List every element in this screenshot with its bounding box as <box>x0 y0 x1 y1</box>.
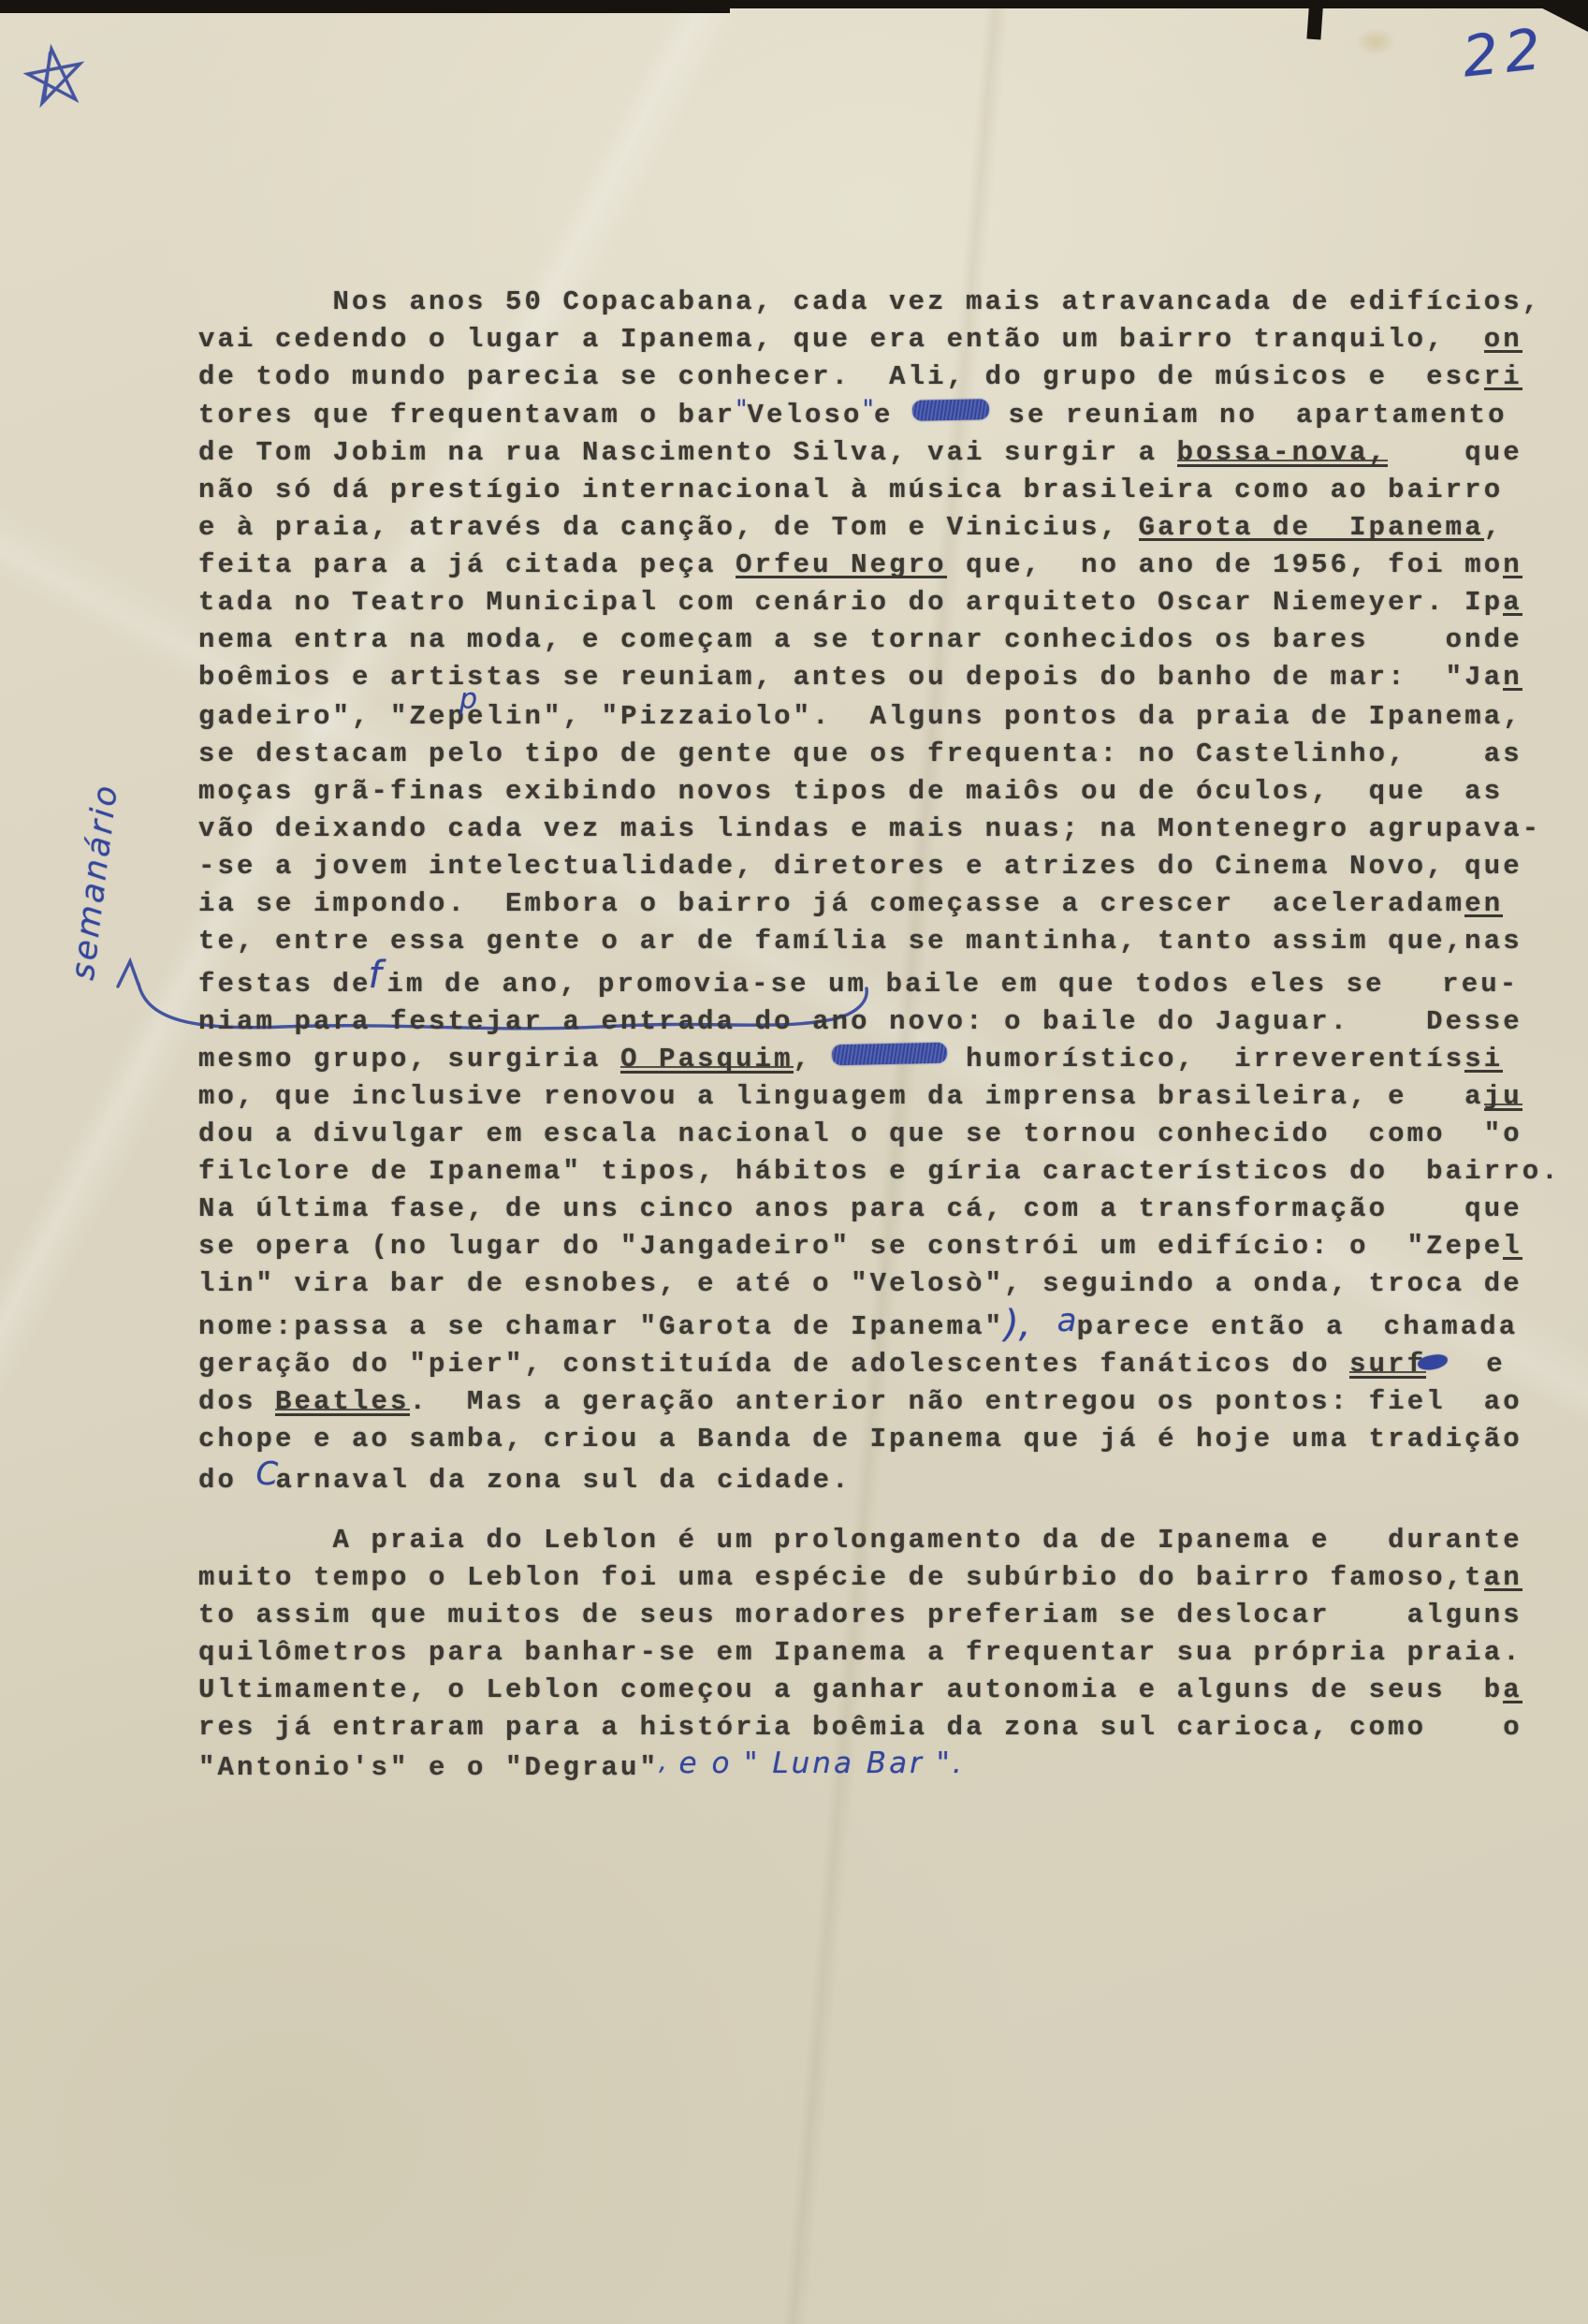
typed-text <box>1038 1311 1057 1342</box>
typed-text: parece então a chamada <box>1077 1311 1519 1342</box>
typed-line: boêmios e artistas se reuniam, antes ou … <box>198 659 1561 696</box>
typed-underlined-text: an <box>1484 1562 1522 1593</box>
typed-line: to assim que muitos de seus moradores pr… <box>198 1597 1561 1634</box>
typed-text: de Tom Jobim na rua Nascimento Silva, va… <box>198 437 1177 468</box>
typed-text: Na última fase, de uns cinco anos para c… <box>198 1193 1522 1224</box>
typed-text: tada no Teatro Municipal com cenário do … <box>198 587 1503 618</box>
typed-text: humorístico, irreverentís <box>947 1044 1465 1074</box>
typed-text: se opera (no lugar do "Jangadeiro" se co… <box>198 1231 1503 1262</box>
typed-line: festas defim de ano, promovia-se um bail… <box>198 960 1561 1003</box>
typed-line: mo, que inclusive renovou a linguagem da… <box>198 1078 1561 1116</box>
typed-text: e à praia, através da canção, de Tom e V… <box>198 512 1139 543</box>
typed-line: moças grã-finas exibindo novos tipos de … <box>198 773 1561 811</box>
typed-text: do <box>198 1465 256 1496</box>
typed-text: te, entre essa gente o ar de família se … <box>198 926 1522 957</box>
typed-text: , <box>794 1044 832 1074</box>
pen-scratch-out <box>831 1043 946 1066</box>
typed-text: gadeiro", "Zep <box>198 701 467 732</box>
typed-line: quilômetros para banhar-se em Ipanema a … <box>198 1634 1561 1672</box>
typed-line: res já entraram para a história boêmia d… <box>198 1709 1561 1747</box>
typed-underlined-text: on <box>1484 324 1522 355</box>
typed-line: gadeiro", "Zeppelin", "Pizzaiolo". Algun… <box>198 696 1561 736</box>
page-number: 22 <box>1460 16 1551 90</box>
typescript: Nos anos 50 Copacabana, cada vez mais at… <box>198 284 1561 1787</box>
typed-underlined-text: a <box>1503 587 1522 618</box>
typed-text: e <box>1448 1349 1506 1380</box>
typed-text: geração do "pier", constituída de adoles… <box>198 1349 1349 1380</box>
typed-line: lin" vira bar de esnobes, e até o "Velos… <box>198 1265 1561 1303</box>
typed-text: que <box>1388 437 1522 468</box>
typed-underlined-text: Orfeu Negro <box>736 549 947 580</box>
typed-text: dos <box>198 1386 275 1417</box>
typed-text: arnaval da zona sul da cidade. <box>276 1465 852 1496</box>
typed-text: , <box>1484 512 1504 543</box>
typed-text: filclore de Ipanema" tipos, hábitos e gí… <box>198 1156 1561 1187</box>
typed-line: de todo mundo parecia se conhecer. Ali, … <box>198 358 1561 396</box>
pen-scratch-out <box>912 399 989 421</box>
typed-text: de todo mundo parecia se conhecer. Ali, … <box>198 361 1484 392</box>
typed-line: Nos anos 50 Copacabana, cada vez mais at… <box>198 284 1561 321</box>
typed-double-underlined-text: bossa-nova, <box>1177 437 1389 468</box>
typed-text: se reuniam no apartamento <box>989 400 1508 431</box>
typed-line: do Carnaval da zona sul da cidade. <box>198 1458 1561 1499</box>
typed-text: que, no ano de 1956, foi mo <box>947 549 1504 580</box>
typed-text: e <box>874 400 912 431</box>
typed-line: -se a jovem intelectualidade, diretores … <box>198 848 1561 885</box>
typed-underlined-text: n <box>1503 662 1522 693</box>
scan-edge-mark <box>1306 0 1323 39</box>
typed-text: A praia do Leblon é um prolongamento da … <box>198 1525 1522 1556</box>
typed-line: vão deixando cada vez mais lindas e mais… <box>198 811 1561 848</box>
typed-double-underlined-text: Beatles <box>275 1386 410 1417</box>
typed-underlined-text: l <box>1503 1231 1522 1262</box>
typed-text: muito tempo o Leblon foi uma espécie de … <box>198 1562 1484 1593</box>
typed-underlined-text: a <box>1503 1674 1522 1705</box>
typed-line: não só dá prestígio internacional à músi… <box>198 472 1561 509</box>
typed-text: dou a divulgar em escala nacional o que … <box>198 1118 1522 1149</box>
typed-text: quilômetros para banhar-se em Ipanema a … <box>198 1637 1522 1668</box>
typed-text: lin" vira bar de esnobes, e até o "Velos… <box>198 1268 1522 1299</box>
typed-text: festas de <box>198 969 372 1000</box>
typed-line: dou a divulgar em escala nacional o que … <box>198 1116 1561 1153</box>
paper-stain <box>1355 28 1396 56</box>
typed-line: tada no Teatro Municipal com cenário do … <box>198 584 1561 621</box>
scanned-page: 22 semanário Nos anos 50 Copacabana, cad… <box>0 0 1588 2324</box>
typed-underlined-text: en <box>1464 888 1503 919</box>
typed-text: se destacam pelo tipo de gente que os fr… <box>198 738 1522 769</box>
pen-overwrite: a <box>1057 1302 1077 1339</box>
typed-underlined-text: n <box>1503 549 1522 580</box>
typed-line: dos Beatles. Mas a geração anterior não … <box>198 1383 1561 1421</box>
typed-underlined-text: ri <box>1484 361 1522 392</box>
typed-line: niam para festejar a entrada do ano novo… <box>198 1003 1561 1041</box>
typed-underlined-text: si <box>1464 1044 1503 1074</box>
typed-line: e à praia, através da canção, de Tom e V… <box>198 509 1561 547</box>
typed-text: mesmo grupo, surgiria <box>198 1044 620 1074</box>
typed-line: se opera (no lugar do "Jangadeiro" se co… <box>198 1228 1561 1265</box>
typed-line: de Tom Jobim na rua Nascimento Silva, va… <box>198 434 1561 472</box>
paragraph: A praia do Leblon é um prolongamento da … <box>198 1522 1561 1787</box>
typed-text: nema entra na moda, e começam a se torna… <box>198 624 1522 655</box>
typed-line: mesmo grupo, surgiria O Pasquim, humorís… <box>198 1041 1561 1078</box>
typed-line: A praia do Leblon é um prolongamento da … <box>198 1522 1561 1559</box>
typed-double-underlined-text: ju <box>1484 1081 1522 1112</box>
caret-mark <box>118 961 138 987</box>
pen-addition: e o " Luna Bar ". <box>667 1747 965 1780</box>
typed-line: tores que frequentavam o bar"Veloso"e se… <box>198 396 1561 434</box>
typed-text: vão deixando cada vez mais lindas e mais… <box>198 813 1541 844</box>
pen-mark: " <box>863 395 874 424</box>
typed-line: Na última fase, de uns cinco anos para c… <box>198 1191 1561 1228</box>
pen-paren-mark: ), <box>1004 1306 1038 1343</box>
typed-text: Nos anos 50 Copacabana, cada vez mais at… <box>198 286 1541 317</box>
typed-line: "Antonio's" e o "Degrau", e o " Luna Bar… <box>198 1747 1561 1787</box>
typed-double-underlined-text: O Pasquim <box>620 1044 794 1074</box>
pen-overwrite: C <box>256 1455 276 1493</box>
typed-line: muito tempo o Leblon foi uma espécie de … <box>198 1559 1561 1597</box>
typed-underlined-text: Garota de Ipanema <box>1139 512 1484 543</box>
typed-text: nome:passa a se chamar "Garota de Ipanem… <box>198 1311 1004 1342</box>
typed-text: Veloso <box>748 400 863 431</box>
typed-text: to assim que muitos de seus moradores pr… <box>198 1600 1522 1630</box>
typed-line: nema entra na moda, e começam a se torna… <box>198 621 1561 659</box>
typed-line: te, entre essa gente o ar de família se … <box>198 923 1561 960</box>
typed-line: filclore de Ipanema" tipos, hábitos e gí… <box>198 1153 1561 1191</box>
typed-line: se destacam pelo tipo de gente que os fr… <box>198 736 1561 773</box>
typed-text: niam para festejar a entrada do ano novo… <box>198 1006 1522 1037</box>
pen-mark: , <box>659 1747 667 1776</box>
typed-text: não só dá prestígio internacional à músi… <box>198 475 1503 505</box>
typed-text: "Antonio's" e o "Degrau" <box>198 1752 659 1783</box>
typed-line: nome:passa a se chamar "Garota de Ipanem… <box>198 1303 1561 1346</box>
margin-note: semanário <box>65 680 138 982</box>
typed-text: feita para a já citada peça <box>198 549 736 580</box>
typed-text: . Mas a geração anterior não entregou os… <box>410 1386 1522 1417</box>
typed-line: ia se impondo. Embora o bairro já começa… <box>198 885 1561 923</box>
typed-line: vai cedendo o lugar a Ipanema, que era e… <box>198 321 1561 358</box>
typed-text: chope e ao samba, criou a Banda de Ipane… <box>198 1424 1522 1454</box>
typed-line: Ultimamente, o Leblon começou a ganhar a… <box>198 1672 1561 1709</box>
scan-edge-top <box>0 0 730 13</box>
scan-edge-top <box>655 0 1588 8</box>
typed-text: tores que frequentavam o bar <box>198 400 736 431</box>
pen-overwrite: f <box>369 957 385 994</box>
typed-text: im de ano, promovia-se um baile em que t… <box>387 969 1520 1000</box>
typed-text: mo, que inclusive renovou a linguagem da… <box>198 1081 1484 1112</box>
star-doodle-icon <box>24 45 84 105</box>
typed-line: geração do "pier", constituída de adoles… <box>198 1346 1561 1383</box>
typed-text: moças grã-finas exibindo novos tipos de … <box>198 776 1503 807</box>
typed-double-underlined-text: surf <box>1349 1349 1426 1380</box>
typed-text: -se a jovem intelectualidade, diretores … <box>198 851 1522 882</box>
typed-text: boêmios e artistas se reuniam, antes ou … <box>198 662 1503 693</box>
typed-text: elin", "Pizzaiolo". Alguns pontos da pra… <box>467 701 1522 732</box>
paragraph: Nos anos 50 Copacabana, cada vez mais at… <box>198 284 1561 1499</box>
typed-text: vai cedendo o lugar a Ipanema, que era e… <box>198 324 1484 355</box>
typed-text: Ultimamente, o Leblon começou a ganhar a… <box>198 1674 1503 1705</box>
typed-line: feita para a já citada peça Orfeu Negro … <box>198 547 1561 584</box>
pen-mark: " <box>736 395 747 424</box>
typed-text: ia se impondo. Embora o bairro já começa… <box>198 888 1464 919</box>
typed-line: chope e ao samba, criou a Banda de Ipane… <box>198 1421 1561 1458</box>
typed-text: res já entraram para a história boêmia d… <box>198 1712 1522 1743</box>
